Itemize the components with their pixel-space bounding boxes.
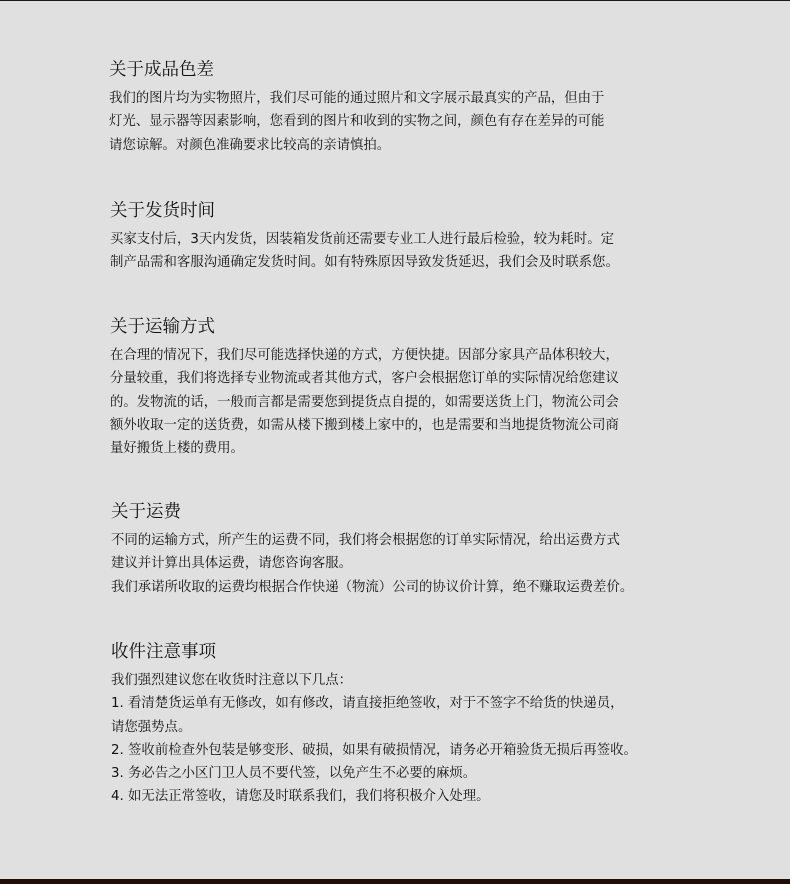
paragraph-line: 我们强烈建议您在收货时注意以下几点：	[111, 669, 711, 692]
paragraph-line: 量好搬货上楼的费用。	[110, 437, 710, 460]
section-title: 收件注意事项	[111, 640, 711, 664]
section-title: 关于运输方式	[110, 315, 710, 339]
top-border	[0, 0, 790, 1]
paragraph-line: 请您谅解。对颜色准确要求比较高的亲请慎拍。	[109, 134, 709, 157]
paragraph-line: 我们承诺所收取的运费均根据合作快递（物流）公司的协议价计算，绝不赚取运费差价。	[111, 576, 711, 599]
paragraph-line: 买家支付后，3天内发货，因装箱发货前还需要专业工人进行最后检验，较为耗时。定	[110, 228, 710, 251]
section-delivery-time: 关于发货时间 买家支付后，3天内发货，因装箱发货前还需要专业工人进行最后检验，较…	[110, 199, 710, 275]
paragraph-line: 的。发物流的话，一般而言都是需要您到提货点自提的，如需要送货上门，物流公司会	[110, 391, 710, 414]
section-title: 关于成品色差	[109, 58, 709, 82]
list-item-continuation: 请您强势点。	[111, 716, 711, 739]
section-title: 关于发货时间	[110, 199, 710, 223]
bottom-bar	[0, 879, 790, 884]
paragraph-line: 灯光、显示器等因素影响，您看到的图片和收到的实物之间，颜色有存在差异的可能	[109, 110, 709, 133]
section-shipping-fee: 关于运费 不同的运输方式，所产生的运费不同，我们将会根据您的订单实际情况，给出运…	[111, 500, 711, 599]
list-item: 2. 签收前检查外包装是够变形、破损，如果有破损情况，请务必开箱验货无损后再签收…	[111, 739, 711, 762]
list-item: 3. 务必告之小区门卫人员不要代签，以免产生不必要的麻烦。	[111, 762, 711, 785]
paragraph-line: 额外收取一定的送货费，如需从楼下搬到楼上家中的，也是需要和当地提货物流公司商	[110, 414, 710, 437]
section-shipping-method: 关于运输方式 在合理的情况下，我们尽可能选择快递的方式，方便快捷。因部分家具产品…	[110, 315, 710, 460]
list-item: 4. 如无法正常签收，请您及时联系我们，我们将积极介入处理。	[111, 785, 711, 808]
paragraph-line: 分量较重，我们将选择专业物流或者其他方式，客户会根据您订单的实际情况给您建议	[110, 367, 710, 390]
paragraph-line: 在合理的情况下，我们尽可能选择快递的方式，方便快捷。因部分家具产品体积较大，	[110, 344, 710, 367]
section-color-difference: 关于成品色差 我们的图片均为实物照片，我们尽可能的通过照片和文字展示最真实的产品…	[109, 58, 709, 157]
paragraph-line: 我们的图片均为实物照片，我们尽可能的通过照片和文字展示最真实的产品，但由于	[109, 87, 709, 110]
section-receiving-notice: 收件注意事项 我们强烈建议您在收货时注意以下几点： 1. 看清楚货运单有无修改，…	[111, 640, 711, 809]
section-title: 关于运费	[111, 500, 711, 524]
paragraph-line: 建议并计算出具体运费，请您咨询客服。	[111, 552, 711, 575]
paragraph-line: 不同的运输方式，所产生的运费不同，我们将会根据您的订单实际情况，给出运费方式	[111, 529, 711, 552]
list-item: 1. 看清楚货运单有无修改，如有修改，请直接拒绝签收，对于不签字不给货的快递员，	[111, 692, 711, 715]
paragraph-line: 制产品需和客服沟通确定发货时间。如有特殊原因导致发货延迟，我们会及时联系您。	[110, 251, 710, 274]
